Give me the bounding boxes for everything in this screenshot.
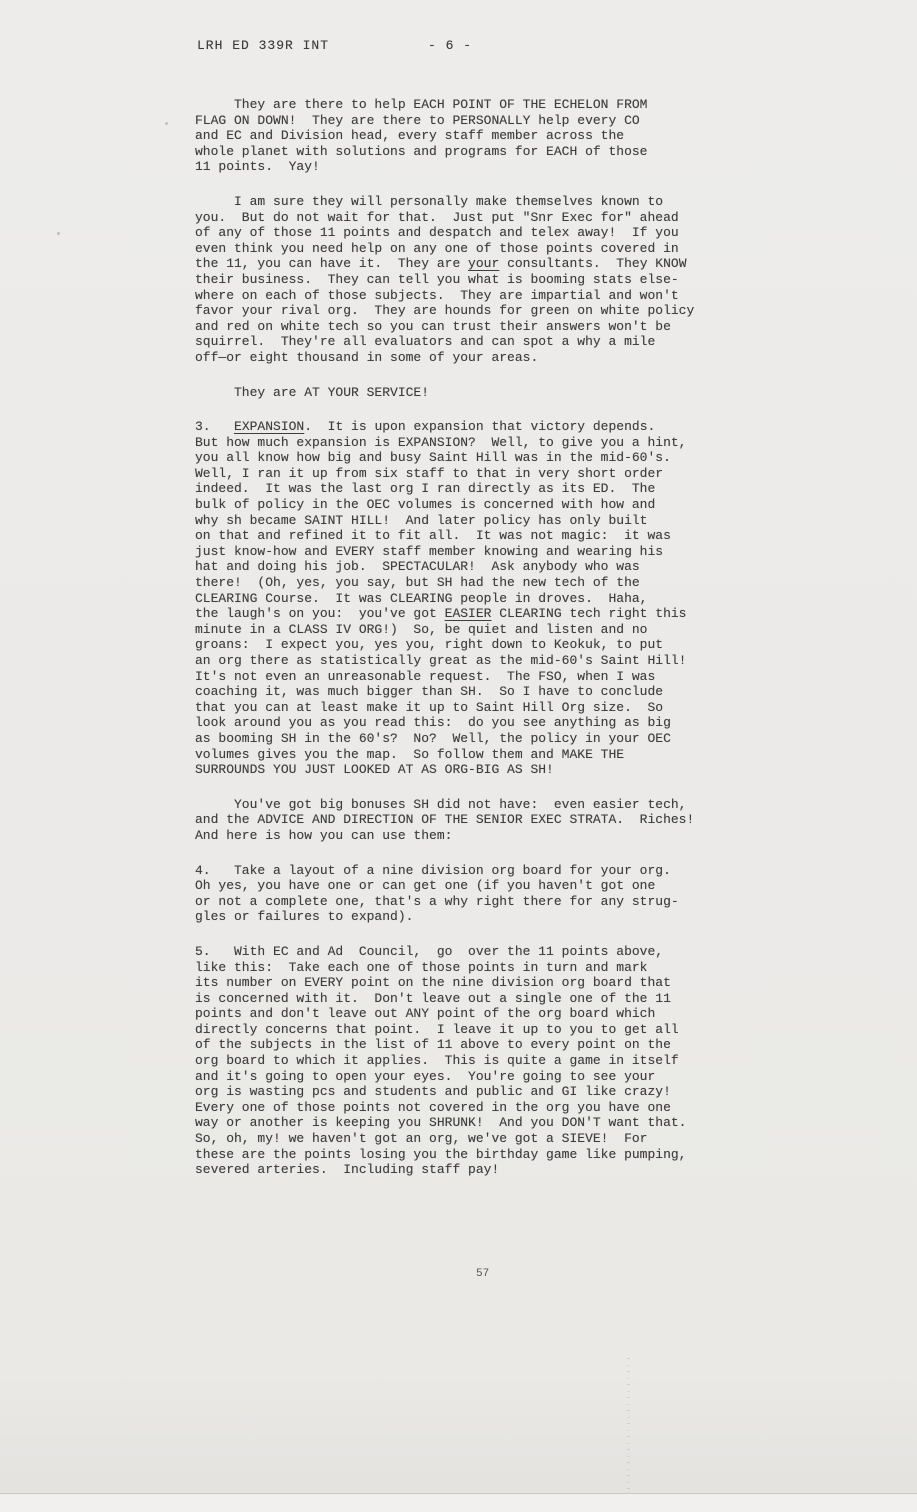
- text-line: bulk of policy in the OEC volumes is con…: [195, 497, 694, 513]
- text-line: and it's going to open your eyes. You're…: [195, 1069, 694, 1085]
- item-4-org-board: 4. Take a layout of a nine division org …: [195, 863, 694, 925]
- text-line: these are the points losing you the birt…: [195, 1147, 694, 1163]
- text-line: as booming SH in the 60's? No? Well, the…: [195, 731, 694, 747]
- text-line: But how much expansion is EXPANSION? Wel…: [195, 435, 694, 451]
- paper-speck: [57, 232, 60, 235]
- text-line: I am sure they will personally make them…: [195, 194, 694, 210]
- text-line: whole planet with solutions and programs…: [195, 144, 694, 160]
- text-line: 4. Take a layout of a nine division org …: [195, 863, 694, 879]
- text-line: why sh became SAINT HILL! And later poli…: [195, 513, 694, 529]
- bonuses-paragraph: You've got big bonuses SH did not have: …: [195, 797, 694, 844]
- paper-speck: [165, 122, 168, 125]
- text-line: org board to which it applies. This is q…: [195, 1053, 694, 1069]
- text-line: coaching it, was much bigger than SH. So…: [195, 684, 694, 700]
- text-line: even think you need help on any one of t…: [195, 241, 694, 257]
- text-line: look around you as you read this: do you…: [195, 715, 694, 731]
- text-line: you. But do not wait for that. Just put …: [195, 210, 694, 226]
- text-line: its number on EVERY point on the nine di…: [195, 975, 694, 991]
- intro-help-paragraph: They are there to help EACH POINT OF THE…: [195, 97, 694, 175]
- document-body: They are there to help EACH POINT OF THE…: [195, 97, 694, 1178]
- text-line: They are there to help EACH POINT OF THE…: [195, 97, 694, 113]
- scan-background-strip: [0, 1495, 917, 1512]
- text-line: 3. EXPANSION. It is upon expansion that …: [195, 419, 694, 435]
- text-line: the 11, you can have it. They are your c…: [195, 256, 694, 272]
- text-line: CLEARING Course. It was CLEARING people …: [195, 591, 694, 607]
- text-line: severed arteries. Including staff pay!: [195, 1162, 694, 1178]
- text-line: SURROUNDS YOU JUST LOOKED AT AS ORG-BIG …: [195, 762, 694, 778]
- text-line: It's not even an unreasonable request. T…: [195, 669, 694, 685]
- text-line: minute in a CLASS IV ORG!) So, be quiet …: [195, 622, 694, 638]
- text-line: Every one of those points not covered in…: [195, 1100, 694, 1116]
- text-line: that you can at least make it up to Sain…: [195, 700, 694, 716]
- text-line: and red on white tech so you can trust t…: [195, 319, 694, 335]
- text-line: of any of those 11 points and despatch a…: [195, 225, 694, 241]
- text-line: indeed. It was the last org I ran direct…: [195, 481, 694, 497]
- item-5-mark-points: 5. With EC and Ad Council, go over the 1…: [195, 944, 694, 1178]
- text-line: like this: Take each one of those points…: [195, 960, 694, 976]
- consultants-paragraph: I am sure they will personally make them…: [195, 194, 694, 366]
- text-line: 11 points. Yay!: [195, 159, 694, 175]
- text-line: org is wasting pcs and students and publ…: [195, 1084, 694, 1100]
- text-line: is concerned with it. Don't leave out a …: [195, 991, 694, 1007]
- text-line: on that and refined it to fit all. It wa…: [195, 528, 694, 544]
- text-line: groans: I expect you, yes you, right dow…: [195, 637, 694, 653]
- expansion-section: 3. EXPANSION. It is upon expansion that …: [195, 419, 694, 778]
- text-line: FLAG ON DOWN! They are there to PERSONAL…: [195, 113, 694, 129]
- text-line: off—or eight thousand in some of your ar…: [195, 350, 694, 366]
- text-line: an org there as statistically great as t…: [195, 653, 694, 669]
- text-line: 5. With EC and Ad Council, go over the 1…: [195, 944, 694, 960]
- text-line: hat and doing his job. SPECTACULAR! Ask …: [195, 559, 694, 575]
- text-line: Oh yes, you have one or can get one (if …: [195, 878, 694, 894]
- text-line: volumes gives you the map. So follow the…: [195, 747, 694, 763]
- text-line: favor your rival org. They are hounds fo…: [195, 303, 694, 319]
- text-line: You've got big bonuses SH did not have: …: [195, 797, 694, 813]
- document-page: LRH ED 339R INT - 6 - They are there to …: [0, 0, 917, 1494]
- text-line: there! (Oh, yes, you say, but SH had the…: [195, 575, 694, 591]
- scan-artifact: [627, 1358, 630, 1490]
- text-line: the laugh's on you: you've got EASIER CL…: [195, 606, 694, 622]
- text-line: their business. They can tell you what i…: [195, 272, 694, 288]
- text-line: directly concerns that point. I leave it…: [195, 1022, 694, 1038]
- text-line: gles or failures to expand).: [195, 909, 694, 925]
- text-line: just know-how and EVERY staff member kno…: [195, 544, 694, 560]
- text-line: you all know how big and busy Saint Hill…: [195, 450, 694, 466]
- at-your-service-line: They are AT YOUR SERVICE!: [195, 385, 694, 401]
- text-line: way or another is keeping you SHRUNK! An…: [195, 1115, 694, 1131]
- text-line: and EC and Division head, every staff me…: [195, 128, 694, 144]
- document-id-header: LRH ED 339R INT: [197, 38, 329, 53]
- text-line: and the ADVICE AND DIRECTION OF THE SENI…: [195, 812, 694, 828]
- text-line: So, oh, my! we haven't got an org, we've…: [195, 1131, 694, 1147]
- text-line: Well, I ran it up from six staff to that…: [195, 466, 694, 482]
- text-line: or not a complete one, that's a why righ…: [195, 894, 694, 910]
- footer-page-number: 57: [476, 1268, 489, 1280]
- text-line: And here is how you can use them:: [195, 828, 694, 844]
- text-line: points and don't leave out ANY point of …: [195, 1006, 694, 1022]
- page-number-header: - 6 -: [428, 38, 472, 53]
- text-line: They are AT YOUR SERVICE!: [195, 385, 694, 401]
- text-line: squirrel. They're all evaluators and can…: [195, 334, 694, 350]
- text-line: where on each of those subjects. They ar…: [195, 288, 694, 304]
- text-line: of the subjects in the list of 11 above …: [195, 1037, 694, 1053]
